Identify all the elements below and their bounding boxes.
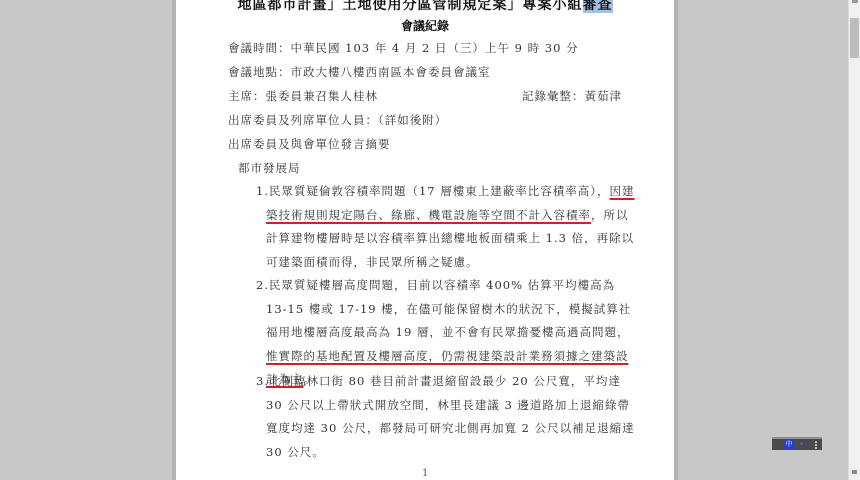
ime-punctuation-icon[interactable]: • [797,440,806,449]
document-title: 地區都市計畫」土地使用分區管制規定案」專案小組審查 [176,0,674,14]
item-number: 2. [256,278,269,292]
title-text: 地區都市計畫」土地使用分區管制規定案」專案小組 [238,0,583,13]
vertical-scrollbar[interactable] [848,0,860,480]
meeting-time: 會議時間：中華民國 103 年 4 月 2 日（三）上午 9 時 30 分 [228,40,579,56]
attendees-line: 出席委員及列席單位人員：（詳如後附） [228,112,447,128]
ime-mode-button[interactable]: 中 [784,440,794,449]
item-text: 民眾質疑樓層高度問題，目前以容積率 400% 估算平均樓高為 13-15 樓或 … [266,278,631,339]
page-number: 1 [422,468,428,479]
list-item-1: 1.民眾質疑倫敦容積率問題（17 層樓東上建蔽率比容積率高），因建築技術規則規定… [256,180,636,274]
item-text: 北側臨林口街 80 巷目前計畫退縮留設最少 20 公尺寬，平均達 30 公尺以上… [266,374,635,459]
document-page[interactable]: 地區都市計畫」土地使用分區管制規定案」專案小組審查 會議紀錄 會議時間：中華民國… [176,0,674,480]
scroll-down-arrow-icon[interactable] [852,470,857,474]
document-viewer: 地區都市計畫」土地使用分區管制規定案」專案小組審查 會議紀錄 會議時間：中華民國… [0,0,848,480]
ime-toolbar[interactable]: 中 • [772,437,822,450]
meeting-chair: 主席：張委員兼召集人桂林 [228,88,378,104]
selected-text[interactable]: 審查 [583,0,613,13]
bureau-heading: 都市發展局 [238,160,301,176]
item-number: 1. [256,184,269,198]
meeting-recorder: 記錄彙整：黃茹津 [522,88,622,104]
drag-handle-icon[interactable] [815,441,819,449]
scroll-up-arrow-icon[interactable] [852,0,858,3]
list-item-3: 3.北側臨林口街 80 巷目前計畫退縮留設最少 20 公尺寬，平均達 30 公尺… [256,370,636,464]
speech-summary-heading: 出席委員及與會單位發言摘要 [228,136,391,152]
item-number: 3. [256,374,269,388]
item-text: 民眾質疑倫敦容積率問題（17 層樓東上建蔽率比容積率高）， [269,184,610,198]
scroll-thumb[interactable] [850,18,859,58]
meeting-place: 會議地點：市政大樓八樓西南區本會委員會議室 [228,64,491,80]
document-subtitle: 會議紀錄 [176,17,674,34]
